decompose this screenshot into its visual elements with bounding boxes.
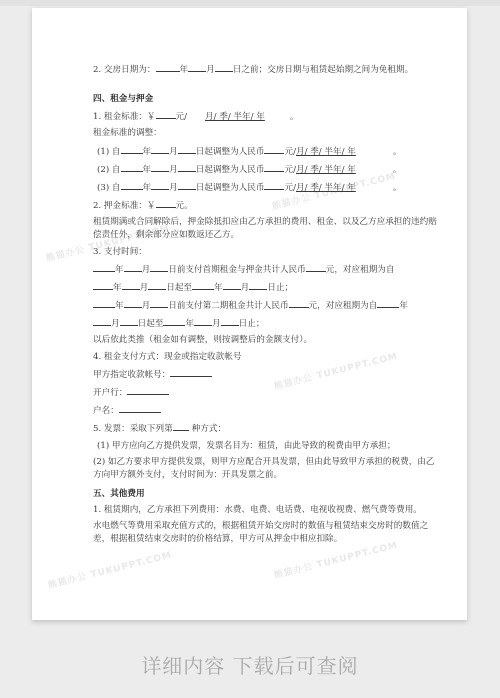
rent-standard: 1. 租金标准：￥元/月/ 季/ 半年/ 年。 xyxy=(93,109,438,124)
account-name-field: 户名： xyxy=(93,403,438,418)
download-prompt: 详细内容 下载后可查阅 xyxy=(0,650,500,679)
section-heading-other-fees: 五、其他费用 xyxy=(93,488,438,501)
rent-adjustment-1: (1) 自年月日起调整为人民币元/月/ 季/ 半年/ 年。 xyxy=(93,144,438,159)
invoice-option-2: (2) 如乙方要求甲方提供发票，则甲方应配合开具发票，但由此导致甲方承担的税费，… xyxy=(93,456,438,482)
handover-date-clause: 2. 交房日期为：年月日之前；交房日期与租赁起始期之间为免租期。 xyxy=(93,62,438,77)
utility-settlement-note: 水电燃气等费用采取充值方式的，根据租赁开始交房时的数值与租赁结束交房时的数值之差… xyxy=(93,520,438,546)
payment-method: 4. 租金支付方式：现金或指定收款帐号 xyxy=(93,351,438,364)
top-strip xyxy=(0,0,500,6)
rent-adjustment-2: (2) 自年月日起调整为人民币元/月/ 季/ 半年/ 年。 xyxy=(93,162,438,177)
blank-field xyxy=(215,62,233,72)
blank-field xyxy=(188,62,206,72)
payment-1-line-1: 年月日前支付首期租金与押金共计人民币元，对应租期为自 xyxy=(93,262,438,277)
deposit-terms: 租赁期满或合同解除后，押金除抵扣应由乙方承担的费用、租金、以及乙方应承担的违约赔… xyxy=(93,216,438,242)
payment-2-line-2: 月日起至年月日止； xyxy=(93,316,438,331)
blank-field xyxy=(156,109,176,119)
section-heading-rent-deposit: 四、租金与押金 xyxy=(93,93,438,106)
rent-adjustment-3: (3) 自年月日起调整为人民币元/月/ 季/ 半年/ 年。 xyxy=(93,180,438,195)
payment-time-label: 3. 支付时间： xyxy=(93,246,438,259)
other-fees-item-1: 1. 租赁期内，乙方承担下列费用：水费、电费、电话费、电视收视费、燃气费等费用。 xyxy=(93,504,438,517)
invoice-option-1: (1) 甲方应向乙方提供发票，发票名目为：租赁，由此导致的税费由甲方承担； xyxy=(93,440,438,453)
document-page: 熊猫办公 TUKUPPT.COM 熊猫办公 TUKUPPT.COM 熊猫办公 T… xyxy=(32,8,467,620)
rent-adjust-label: 租金标准的调整： xyxy=(93,127,438,140)
payment-1-line-2: 年月日起至年月日止； xyxy=(93,280,438,295)
deposit-standard: 2. 押金标准：￥元。 xyxy=(93,198,438,213)
account-number-field: 甲方指定收款帐号： xyxy=(93,367,438,382)
document-content: 2. 交房日期为：年月日之前；交房日期与租赁起始期之间为免租期。 四、租金与押金… xyxy=(93,62,438,549)
blank-field xyxy=(156,62,180,72)
watermark: 熊猫办公 TUKUPPT.COM xyxy=(46,548,173,591)
payment-2-line-1: 年月日前支付第二期租金共计人民币元，对应租期为自年 xyxy=(93,298,438,313)
bank-field: 开户行： xyxy=(93,385,438,400)
payment-note: 以后依此类推（租金如有调整，则按调整后的金额支付）。 xyxy=(93,334,438,347)
invoice-clause: 5. 发票：采取下列第种方式： xyxy=(93,421,438,436)
